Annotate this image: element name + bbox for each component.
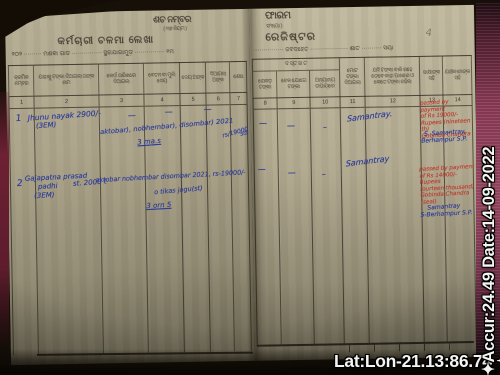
gps-watermark-coordinates: Lat:Lon-21.13:86.74 ✦ bbox=[334, 351, 500, 372]
column-number: 7 bbox=[231, 93, 248, 104]
entry-dash: — bbox=[204, 105, 212, 114]
entry-serial: 1 bbox=[15, 114, 22, 124]
column-number: 2 bbox=[35, 95, 100, 107]
entry-dash: — bbox=[287, 121, 295, 130]
column-header: ଯଦି ଟଙ୍କା ବାକି ରହେ ତେବେ କାହା ପାଖରେ ଓ କେତ… bbox=[365, 57, 421, 96]
entry-dash: — bbox=[259, 119, 267, 128]
left-page-title-small: ଶଚ ନମ୍ବର bbox=[153, 14, 191, 26]
column-number: 11 bbox=[340, 96, 365, 107]
column-header: କ୍ରମିକ ନମ୍ବର bbox=[8, 66, 35, 96]
entry-name: padhi bbox=[38, 182, 58, 191]
column-header: ଦିଆଗଲା ଅଙ୍କ bbox=[206, 62, 230, 92]
column-number: 10 bbox=[311, 96, 341, 108]
open-register-book: ଶଚ ନମ୍ବର ( ୩୭ ନିୟମ ) କର୍ମଚାରୀ ଚଳମା ଲେଖା … bbox=[5, 5, 480, 365]
entry-serial: 2 bbox=[17, 179, 23, 189]
column-header: ମୋଟ ଟଙ୍କା ଦିଆଗଲା bbox=[340, 58, 366, 96]
entry-name-detail: (3EM) bbox=[34, 191, 55, 200]
pencil-mark: 4 bbox=[424, 27, 432, 39]
column-number: 12 bbox=[366, 95, 421, 107]
right-page: ଫାରମ ସଂଖ୍ୟା ) ରେଜିଷ୍ଟର 4 ···············… bbox=[249, 5, 480, 361]
entry-dash: — bbox=[258, 165, 266, 174]
right-page-fillin-line: ··············· ଜବଦିହେତ ················… bbox=[254, 44, 471, 55]
column-header: ସାକ୍ଷୀଙ୍କ ସହି bbox=[420, 56, 444, 94]
right-page-title-main: ରେଜିଷ୍ଟର bbox=[265, 31, 316, 45]
entry-dash: — bbox=[165, 107, 173, 116]
column-header: ବେତନ ବା ମୁଲି ଦେୟ bbox=[144, 63, 180, 94]
entry-duration: 3 orn 5 bbox=[146, 201, 171, 210]
column-header: ଦେୟ ଅଙ୍କ bbox=[180, 63, 207, 93]
column-header: କେଉଁ ତାରିଖରେ ଦିଆଗଲା bbox=[99, 64, 145, 95]
column-number: 6 bbox=[207, 93, 231, 104]
column-number: 9 bbox=[278, 97, 311, 109]
right-page-rule-ref: ସଂଖ୍ୟା ) bbox=[266, 23, 282, 30]
entry-dash: — bbox=[128, 111, 136, 120]
left-page: ଶଚ ନମ୍ବର ( ୩୭ ନିୟମ ) କର୍ମଚାରୀ ଚଳମା ଲେଖା … bbox=[5, 9, 255, 365]
column-number: 1 bbox=[8, 97, 34, 108]
column-header: ଯାହାକୁ ଟଙ୍କା ଦିଆଗଲା ତାଙ୍କ ନାମ bbox=[34, 64, 99, 95]
register-photo: ଶଚ ନମ୍ବର ( ୩୭ ନିୟମ ) କର୍ମଚାରୀ ଚଳମା ଲେଖା … bbox=[0, 0, 500, 375]
column-header: ଯାଞ୍ଚକାରୀଙ୍କ ସହି bbox=[443, 56, 472, 94]
column-header: ଚେକ ଯୋଗେ ଟଙ୍କା bbox=[277, 71, 310, 98]
column-number: 8 bbox=[252, 97, 277, 108]
column-header: ଅନ୍ୟାନ୍ୟ ଉପାୟରେ bbox=[310, 70, 340, 97]
red-note-2: passed by payment of Rs 14000/- Rupees f… bbox=[419, 164, 478, 206]
gps-watermark-date-accuracy: ✦Accur:24.49 Date:14-09-2022 bbox=[479, 147, 499, 375]
entry-name-detail: (3EM) bbox=[36, 121, 57, 130]
left-page-title-main: କର୍ମଚାରୀ ଚଳମା ଲେଖା bbox=[57, 35, 154, 48]
left-page-rule-ref: ( ୩୭ ନିୟମ ) bbox=[163, 26, 187, 33]
left-table-header: କ୍ରମିକ ନମ୍ବର ଯାହାକୁ ଟଙ୍କା ଦିଆଗଲା ତାଙ୍କ ନ… bbox=[8, 61, 248, 97]
left-table: କ୍ରମିକ ନମ୍ବର ଯାହାକୁ ଟଙ୍କା ଦିଆଗଲା ତାଙ୍କ ନ… bbox=[8, 61, 252, 355]
column-header: ରୋକଡ଼ ଟଙ୍କା bbox=[252, 71, 278, 97]
left-page-fillin-line: ୨୦୨ ········· ମଶିକା ଗାର୍ଡ ··············… bbox=[12, 48, 244, 59]
right-page-title-small: ଫାରମ bbox=[265, 10, 291, 21]
column-number: 3 bbox=[99, 95, 145, 107]
left-table-body bbox=[9, 105, 252, 355]
entry-dash: – bbox=[322, 170, 326, 179]
column-number: 4 bbox=[145, 94, 181, 106]
column-number: 5 bbox=[180, 94, 206, 105]
entry-dash: — bbox=[288, 168, 296, 177]
entry-duration: 3 ma.s bbox=[137, 137, 161, 147]
entry-dash: – bbox=[323, 123, 327, 132]
column-header: ଶେଷ bbox=[230, 62, 247, 92]
left-book-edge bbox=[0, 92, 9, 344]
